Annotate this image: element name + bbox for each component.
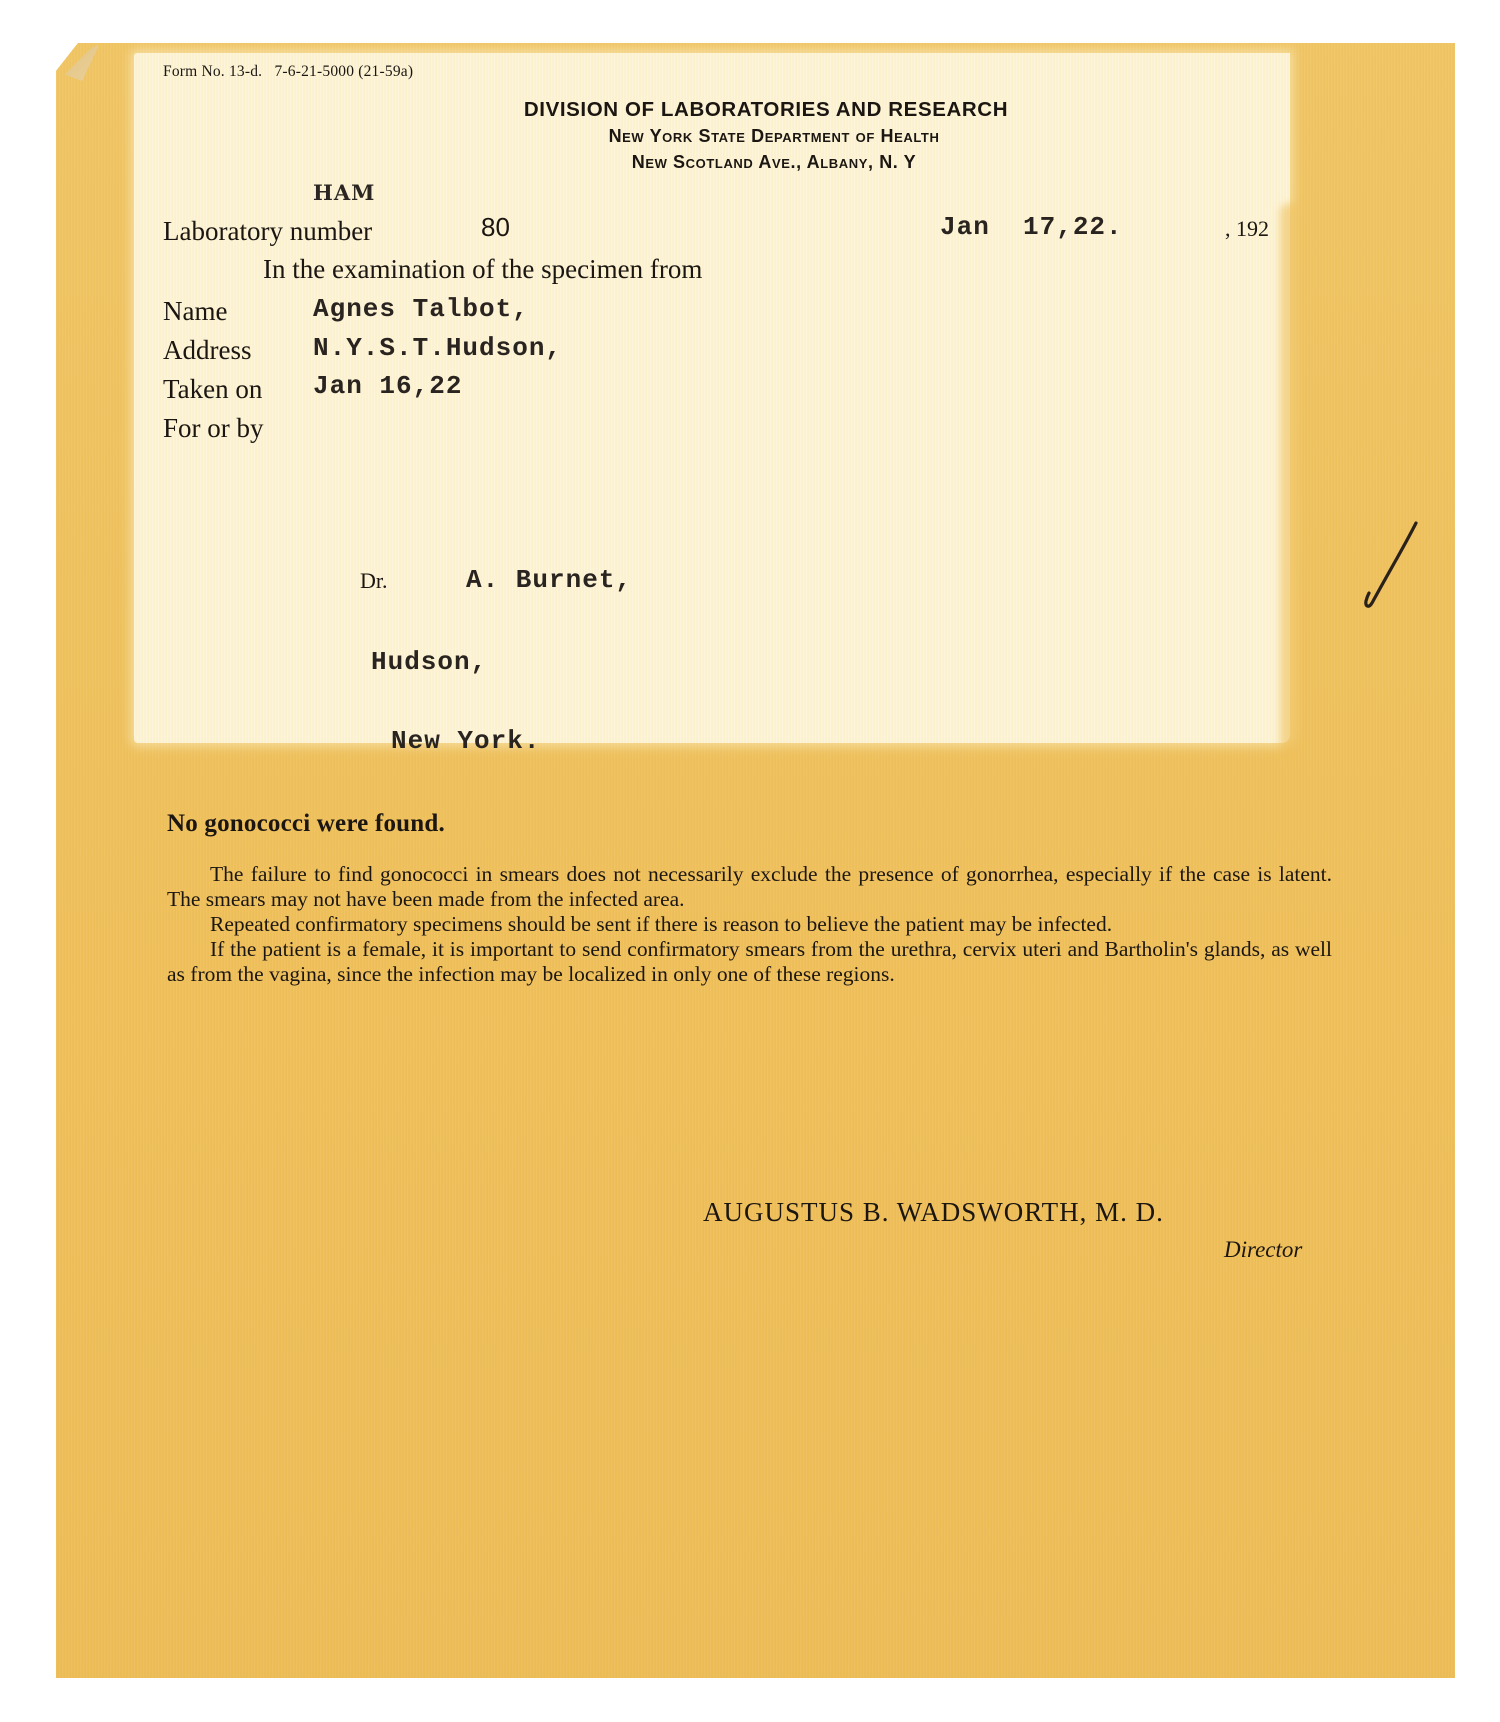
explanation-paragraph: If the patient is a female, it is import… [167,937,1332,987]
letterhead-address: New Scotland Ave., Albany, N. Y [0,152,1500,173]
address-label: Address [163,335,252,366]
for-or-by-label: For or by [163,413,264,444]
form-code: 7-6-21-5000 (21-59a) [274,63,413,80]
laboratory-number-value: 80 [481,212,510,243]
result-explanation: The failure to find gonococci in smears … [167,862,1332,987]
taken-on-date: Jan 16,22 [313,371,462,401]
clerk-initials: HAM [313,180,375,205]
explanation-paragraph: The failure to find gonococci in smears … [167,862,1332,912]
recipient-state: New York. [391,726,540,756]
explanation-paragraph: Repeated confirmatory specimens should b… [167,912,1332,937]
recipient-city: Hudson, [371,647,487,677]
examination-label: In the examination of the specimen from [263,254,702,285]
patient-address: N.Y.S.T.Hudson, [313,333,562,363]
letterhead-division: DIVISION OF LABORATORIES AND RESEARCH [0,98,1500,122]
signatory-title: Director [1224,1237,1302,1263]
check-mark-icon [1350,515,1430,615]
form-number-label: Form No. 13-d. [163,63,262,80]
report-date: Jan 17,22. [940,212,1123,242]
name-label: Name [163,296,227,327]
letterhead-department: New York State Department of Health [0,126,1500,147]
taken-on-label: Taken on [163,374,262,405]
recipient-name: A. Burnet, [466,565,632,595]
recipient-title: Dr. [360,568,388,594]
patient-name: Agnes Talbot, [313,294,529,324]
laboratory-number-label: Laboratory number [163,216,372,247]
form-number: Form No. 13-d. 7-6-21-5000 (21-59a) [163,63,413,81]
year-suffix: , 192 [1225,216,1269,242]
signatory-name: AUGUSTUS B. WADSWORTH, M. D. [703,1197,1164,1228]
result-finding: No gonococci were found. [167,810,445,838]
